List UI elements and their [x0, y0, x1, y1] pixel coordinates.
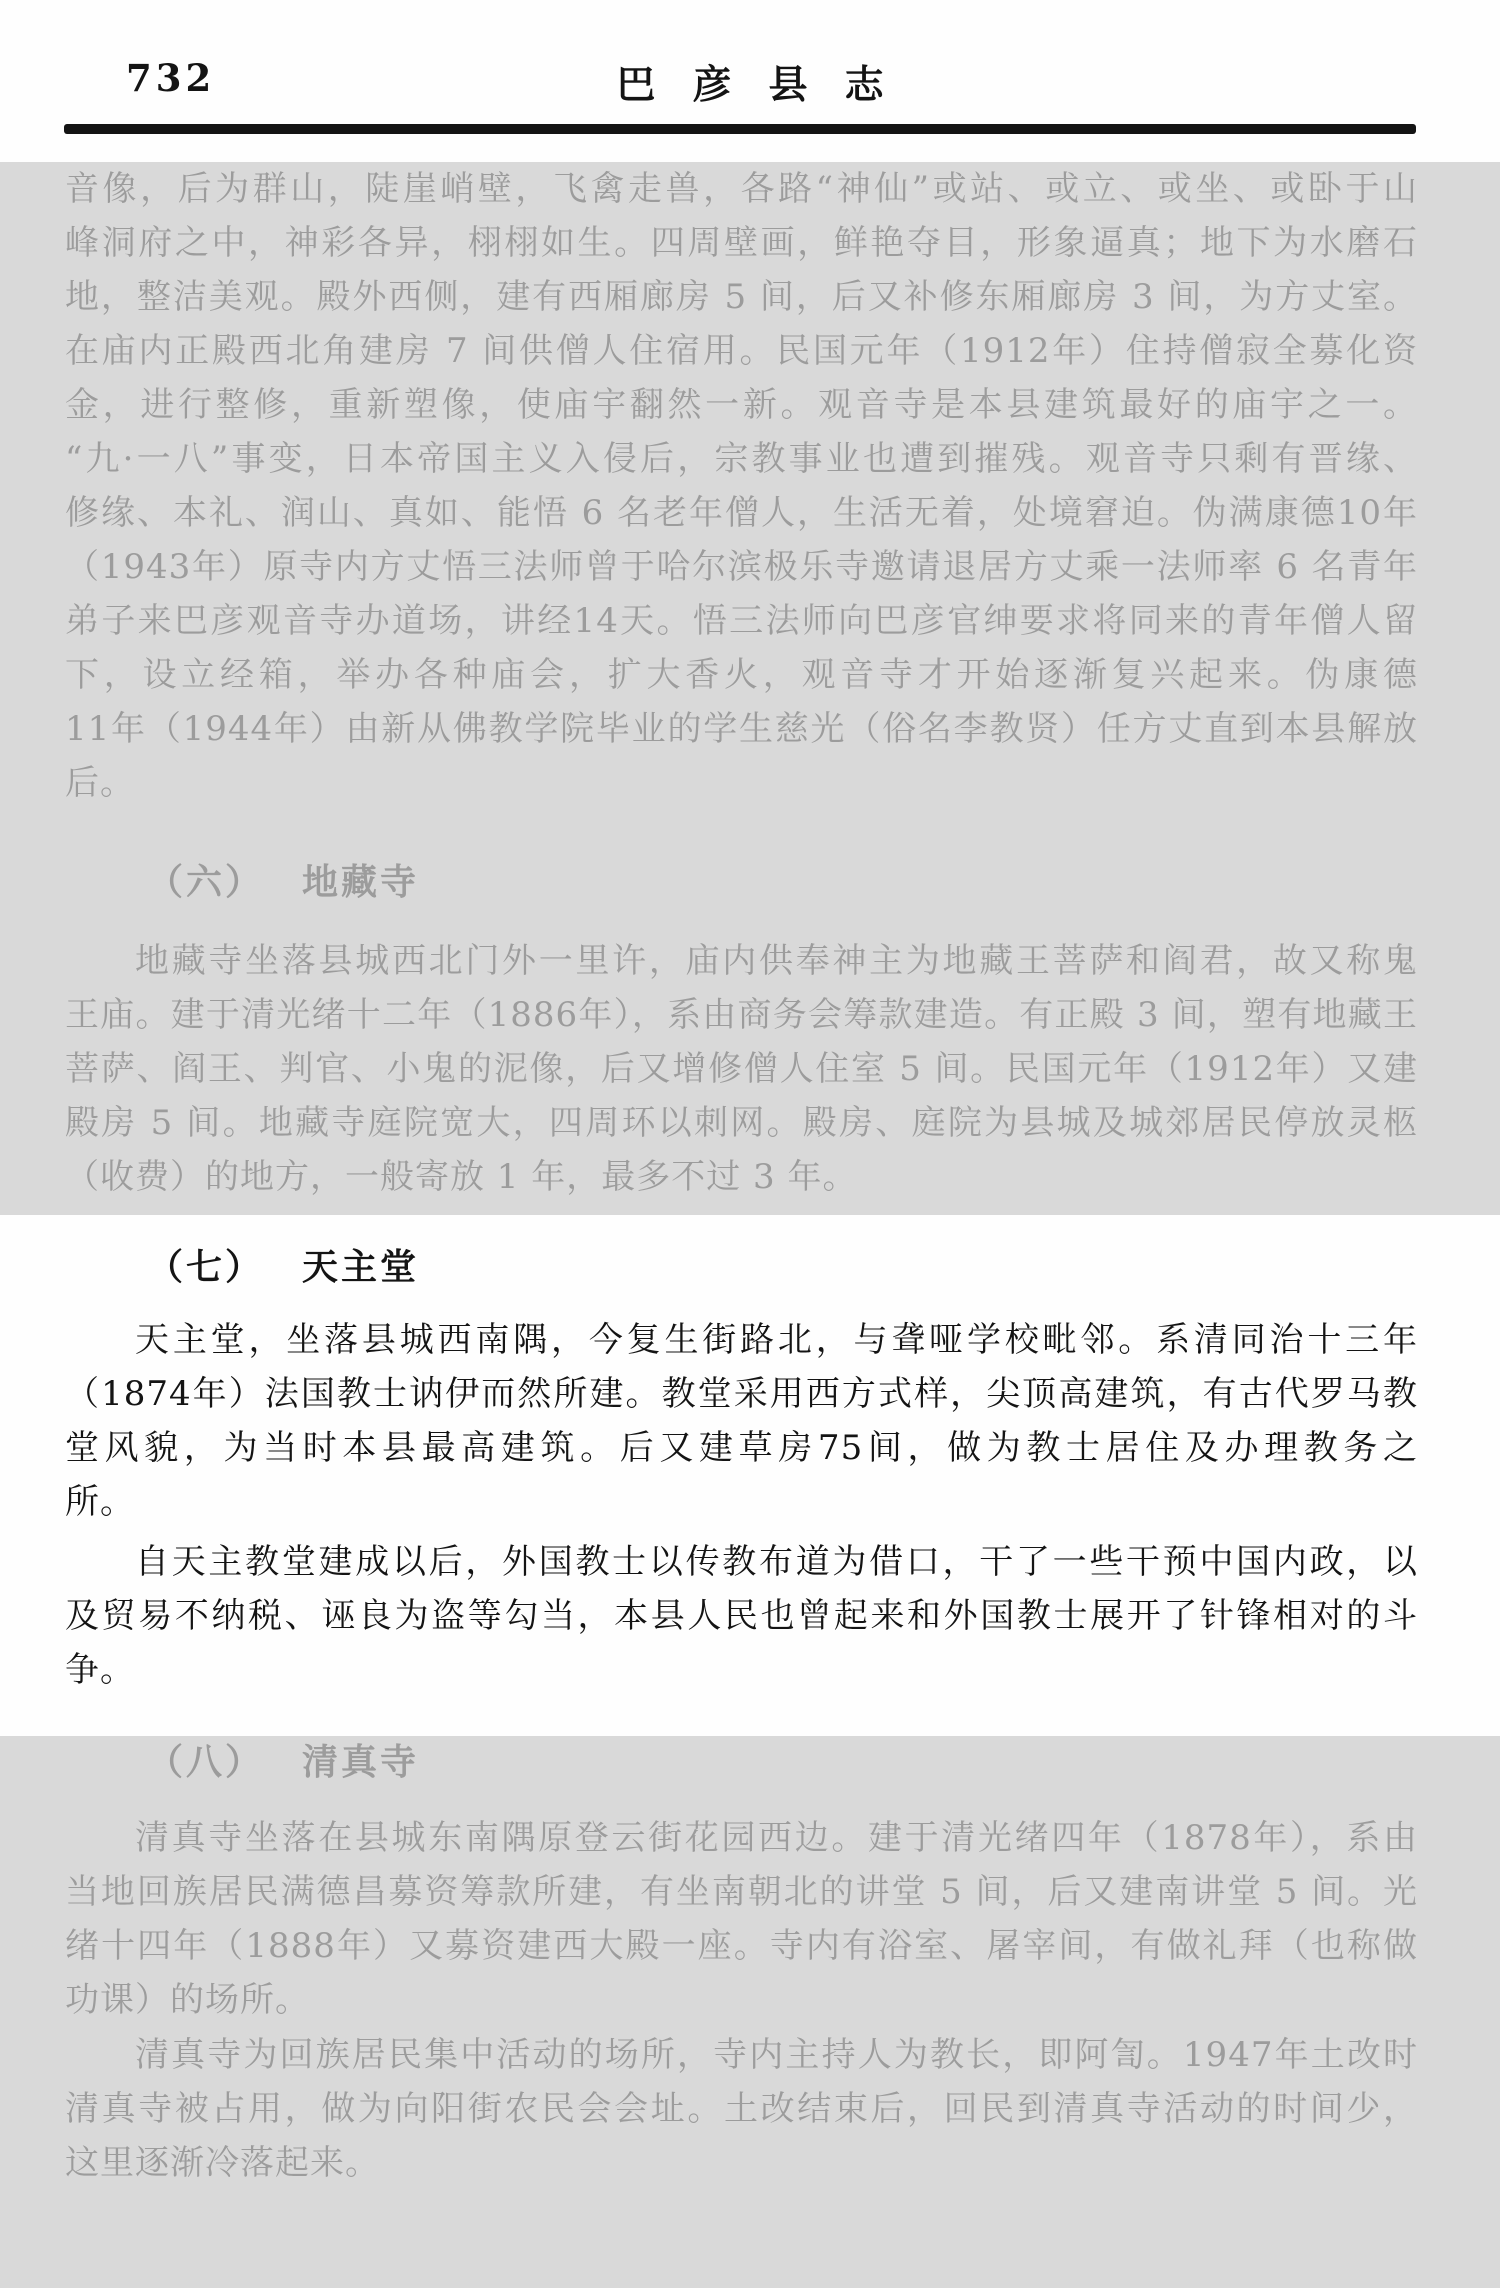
heading-title: 地藏寺	[302, 862, 419, 903]
text-line: 地，整洁美观。殿外西侧，建有西厢廊房 5 间，后又补修东厢廊房 3 间，为方丈室…	[65, 270, 1418, 324]
text-line: 后。	[65, 756, 1418, 810]
text-line: 堂风貌，为当时本县最高建筑。后又建草房75间，做为教士居住及办理教务之	[65, 1421, 1418, 1475]
text-line: （1874年）法国教士讷伊而然所建。教堂采用西方式样，尖顶高建筑，有古代罗马教	[65, 1367, 1418, 1421]
page-header: 732 巴彦县志	[0, 0, 1500, 148]
heading-title: 清真寺	[302, 1742, 419, 1783]
text-line: 绪十四年（1888年）又募资建西大殿一座。寺内有浴室、屠宰间，有做礼拜（也称做	[65, 1919, 1418, 1973]
paragraph: 清真寺坐落在县城东南隅原登云街花园西边。建于清光绪四年（1878年），系由当地回…	[65, 1811, 1418, 2027]
text-line: 清真寺坐落在县城东南隅原登云街花园西边。建于清光绪四年（1878年），系由	[65, 1811, 1418, 1865]
text-line: （收费）的地方，一般寄放 1 年，最多不过 3 年。	[65, 1150, 1418, 1204]
text-line: 音像，后为群山，陡崖峭壁，飞禽走兽，各路“神仙”或站、或立、或坐、或卧于山	[65, 162, 1418, 216]
book-title: 巴彦县志	[0, 54, 1500, 110]
text-line: 清真寺为回族居民集中活动的场所，寺内主持人为教长，即阿訇。1947年土改时	[65, 2028, 1418, 2082]
text-line: （1943年）原寺内方丈悟三法师曾于哈尔滨极乐寺邀请退居方丈乘一法师率 6 名青…	[65, 540, 1418, 594]
text-line: “九·一八”事变，日本帝国主义入侵后，宗教事业也遭到摧残。观音寺只剩有晋缘、	[65, 432, 1418, 486]
header-rule	[64, 124, 1416, 134]
paragraph: 天主堂，坐落县城西南隅，今复生街路北，与聋哑学校毗邻。系清同治十三年（1874年…	[65, 1313, 1418, 1529]
section-heading: （七）天主堂	[65, 1241, 1418, 1295]
section-heading: （八）清真寺	[65, 1736, 1418, 1790]
text-column: （七）天主堂天主堂，坐落县城西南隅，今复生街路北，与聋哑学校毗邻。系清同治十三年…	[65, 1241, 1418, 1697]
text-line: 功课）的场所。	[65, 1973, 1418, 2027]
text-line: 殿房 5 间。地藏寺庭院宽大，四周环以刺网。殿房、庭院为县城及城郊居民停放灵柩	[65, 1096, 1418, 1150]
heading-number: （八）	[147, 1742, 264, 1783]
heading-title: 天主堂	[302, 1247, 419, 1288]
text-line: 及贸易不纳税、诬良为盗等勾当，本县人民也曾起来和外国教士展开了针锋相对的斗	[65, 1589, 1418, 1643]
text-line: 清真寺被占用，做为向阳街农民会会址。土改结束后，回民到清真寺活动的时间少，	[65, 2082, 1418, 2136]
text-column: （八）清真寺清真寺坐落在县城东南隅原登云街花园西边。建于清光绪四年（1878年）…	[65, 1736, 1418, 2190]
text-column: 音像，后为群山，陡崖峭壁，飞禽走兽，各路“神仙”或站、或立、或坐、或卧于山峰洞府…	[65, 162, 1418, 1204]
paragraph: 自天主教堂建成以后，外国教士以传教布道为借口，干了一些干预中国内政，以及贸易不纳…	[65, 1535, 1418, 1697]
content-bands: 音像，后为群山，陡崖峭壁，飞禽走兽，各路“神仙”或站、或立、或坐、或卧于山峰洞府…	[0, 162, 1500, 2288]
content-band: 音像，后为群山，陡崖峭壁，飞禽走兽，各路“神仙”或站、或立、或坐、或卧于山峰洞府…	[0, 162, 1500, 1215]
content-band: （八）清真寺清真寺坐落在县城东南隅原登云街花园西边。建于清光绪四年（1878年）…	[0, 1736, 1500, 2288]
section-heading: （六）地藏寺	[65, 856, 1418, 910]
text-line: 自天主教堂建成以后，外国教士以传教布道为借口，干了一些干预中国内政，以	[65, 1535, 1418, 1589]
text-line: 金，进行整修，重新塑像，使庙宇翻然一新。观音寺是本县建筑最好的庙宇之一。	[65, 378, 1418, 432]
content-band: （七）天主堂天主堂，坐落县城西南隅，今复生街路北，与聋哑学校毗邻。系清同治十三年…	[0, 1241, 1500, 1710]
text-line: 地藏寺坐落县城西北门外一里许，庙内供奉神主为地藏王菩萨和阎君，故又称鬼	[65, 934, 1418, 988]
text-line: 11年（1944年）由新从佛教学院毕业的学生慈光（俗名李教贤）任方丈直到本县解放	[65, 702, 1418, 756]
heading-number: （六）	[147, 862, 264, 903]
paragraph: 清真寺为回族居民集中活动的场所，寺内主持人为教长，即阿訇。1947年土改时清真寺…	[65, 2028, 1418, 2190]
paragraph: 地藏寺坐落县城西北门外一里许，庙内供奉神主为地藏王菩萨和阎君，故又称鬼王庙。建于…	[65, 934, 1418, 1204]
text-line: 当地回族居民满德昌募资筹款所建，有坐南朝北的讲堂 5 间，后又建南讲堂 5 间。…	[65, 1865, 1418, 1919]
paragraph: 音像，后为群山，陡崖峭壁，飞禽走兽，各路“神仙”或站、或立、或坐、或卧于山峰洞府…	[65, 162, 1418, 810]
text-line: 天主堂，坐落县城西南隅，今复生街路北，与聋哑学校毗邻。系清同治十三年	[65, 1313, 1418, 1367]
text-line: 菩萨、阎王、判官、小鬼的泥像，后又增修僧人住室 5 间。民国元年（1912年）又…	[65, 1042, 1418, 1096]
text-line: 峰洞府之中，神彩各异，栩栩如生。四周壁画，鲜艳夺目，形象逼真；地下为水磨石	[65, 216, 1418, 270]
text-line: 修缘、本礼、润山、真如、能悟 6 名老年僧人，生活无着，处境窘迫。伪满康德10年	[65, 486, 1418, 540]
scanned-book-page: 732 巴彦县志 音像，后为群山，陡崖峭壁，飞禽走兽，各路“神仙”或站、或立、或…	[0, 0, 1500, 2288]
text-line: 争。	[65, 1643, 1418, 1697]
text-line: 这里逐渐冷落起来。	[65, 2136, 1418, 2190]
text-line: 在庙内正殿西北角建房 7 间供僧人住宿用。民国元年（1912年）住持僧寂全募化资	[65, 324, 1418, 378]
text-line: 下，设立经箱，举办各种庙会，扩大香火，观音寺才开始逐渐复兴起来。伪康德	[65, 648, 1418, 702]
text-line: 弟子来巴彦观音寺办道场，讲经14天。悟三法师向巴彦官绅要求将同来的青年僧人留	[65, 594, 1418, 648]
heading-number: （七）	[147, 1247, 264, 1288]
text-line: 所。	[65, 1475, 1418, 1529]
text-line: 王庙。建于清光绪十二年（1886年），系由商务会筹款建造。有正殿 3 间，塑有地…	[65, 988, 1418, 1042]
